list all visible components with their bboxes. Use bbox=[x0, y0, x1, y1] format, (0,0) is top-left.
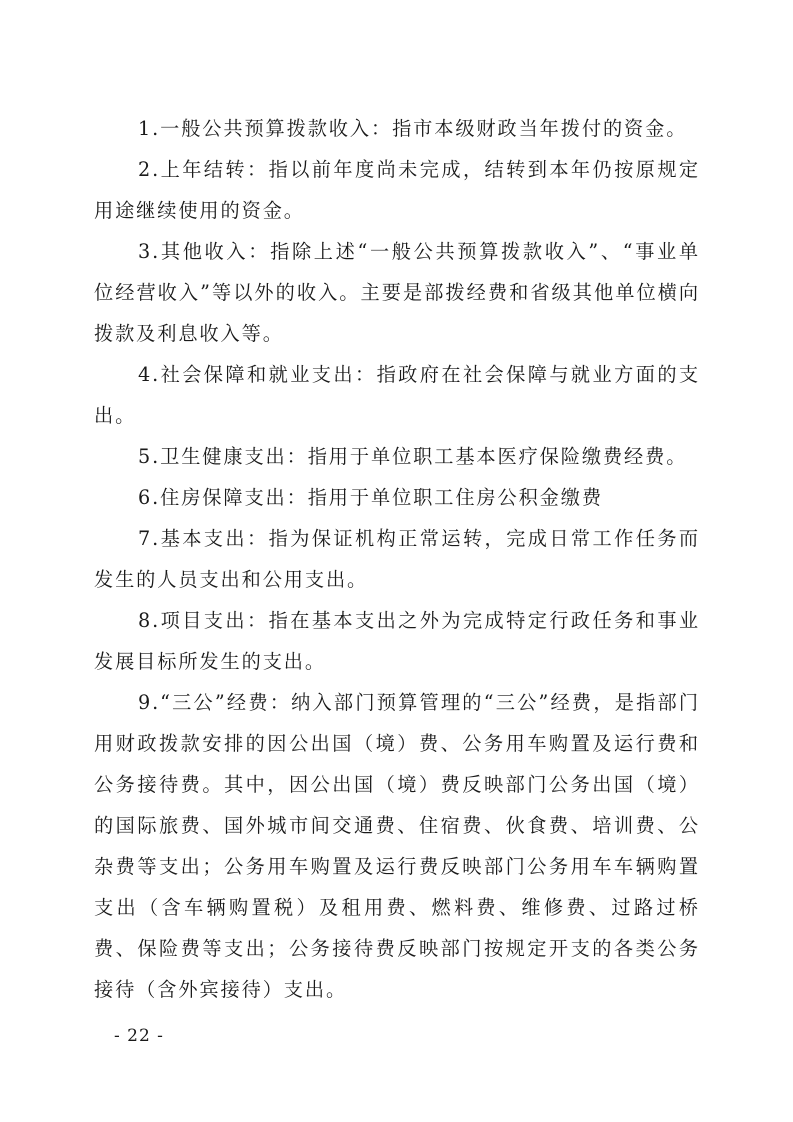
paragraph-project-expenditure: 8.项目支出：指在基本支出之外为完成特定行政任务和事业发展目标所发生的支出。 bbox=[94, 600, 700, 682]
paragraph-three-public-expenses: 9.“三公”经费：纳入部门预算管理的“三公”经费，是指部门用财政拨款安排的因公出… bbox=[94, 682, 700, 1010]
paragraph-other-income: 3.其他收入：指除上述“一般公共预算拨款收入”、“事业单位经营收入”等以外的收入… bbox=[94, 231, 700, 354]
paragraph-basic-expenditure: 7.基本支出：指为保证机构正常运转，完成日常工作任务而发生的人员支出和公用支出。 bbox=[94, 518, 700, 600]
document-body: 1.一般公共预算拨款收入：指市本级财政当年拨付的资金。 2.上年结转：指以前年度… bbox=[94, 108, 700, 1010]
paragraph-prior-year-carryover: 2.上年结转：指以前年度尚未完成，结转到本年仍按原规定用途继续使用的资金。 bbox=[94, 149, 700, 231]
page-number: - 22 - bbox=[114, 1026, 164, 1046]
paragraph-housing-expenditure: 6.住房保障支出：指用于单位职工住房公积金缴费 bbox=[94, 477, 700, 518]
paragraph-social-security-expenditure: 4.社会保障和就业支出：指政府在社会保障与就业方面的支出。 bbox=[94, 354, 700, 436]
paragraph-health-expenditure: 5.卫生健康支出：指用于单位职工基本医疗保险缴费经费。 bbox=[94, 436, 700, 477]
paragraph-general-budget-income: 1.一般公共预算拨款收入：指市本级财政当年拨付的资金。 bbox=[94, 108, 700, 149]
